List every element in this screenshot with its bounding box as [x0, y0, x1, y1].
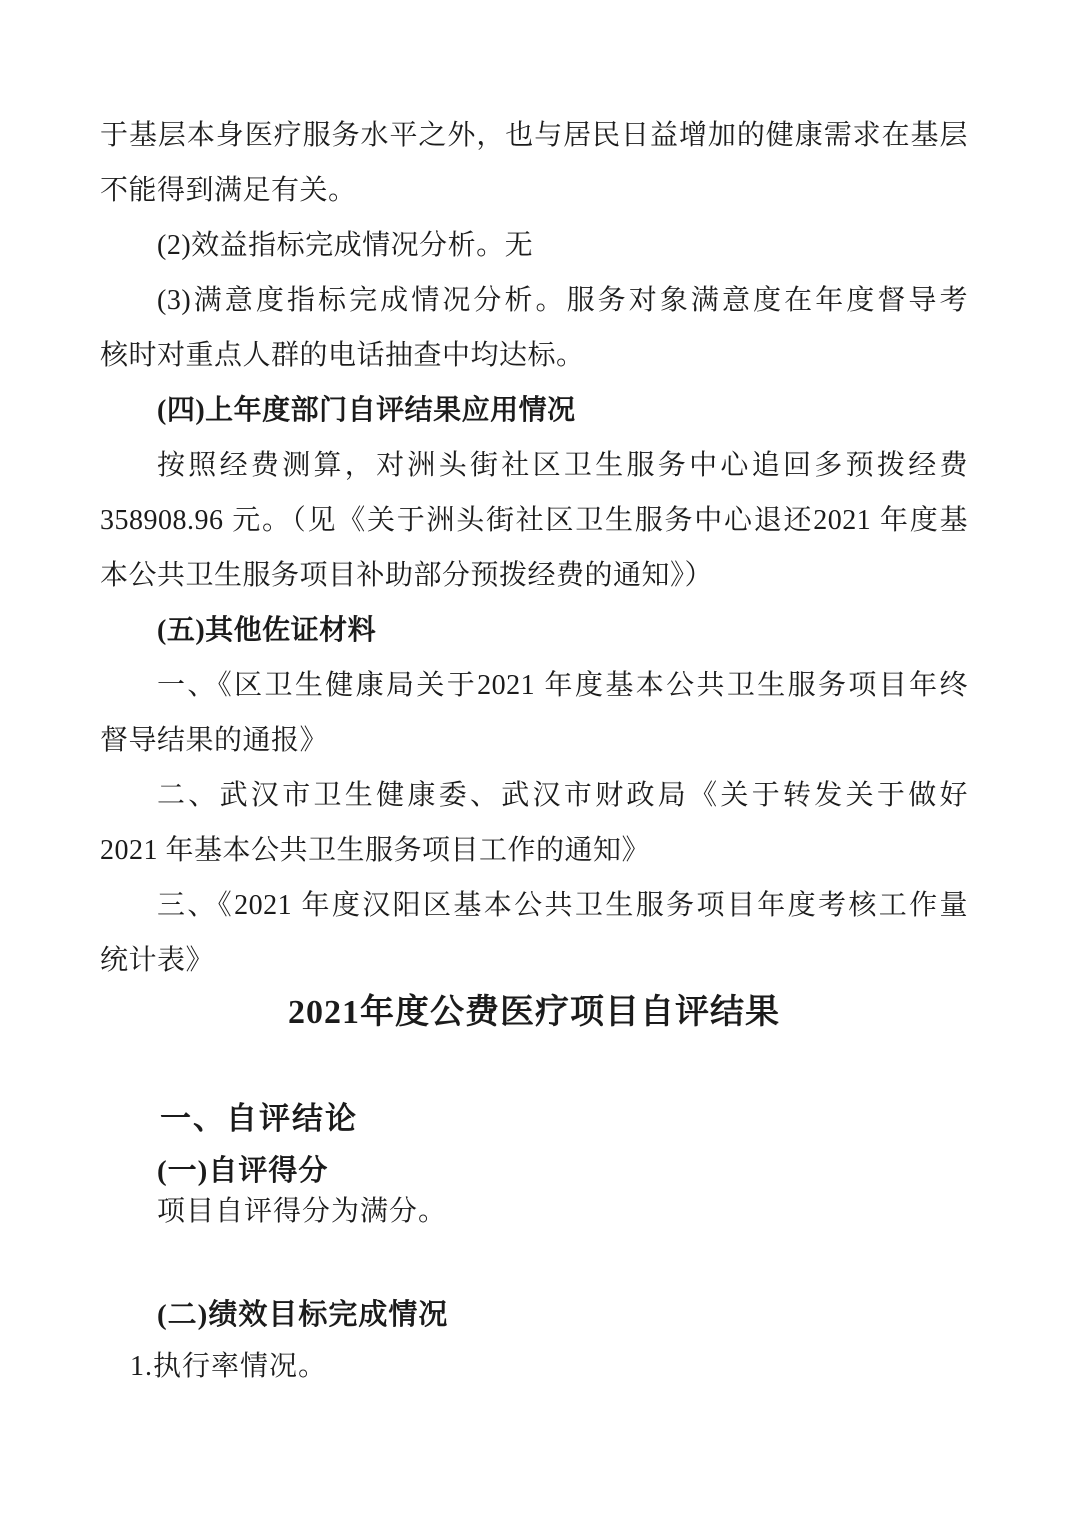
subsection-body-1: 项目自评得分为满分。 — [100, 1191, 968, 1233]
body-line: 核时对重点人群的电话抽查中均达标。 — [100, 328, 968, 383]
attachment-line: 二、武汉市卫生健康委、武汉市财政局《关于转发关于做好 — [100, 768, 968, 823]
page-content: 于基层本身医疗服务水平之外，也与居民日益增加的健康需求在基层 不能得到满足有关。… — [0, 0, 1074, 1518]
attachment-line: 督导结果的通报》 — [100, 713, 968, 768]
section-heading: 一、自评结论 — [100, 1096, 968, 1141]
body-line: 于基层本身医疗服务水平之外，也与居民日益增加的健康需求在基层 — [100, 108, 968, 163]
attachment-line: 一、《区卫生健康局关于2021 年度基本公共卫生服务项目年终 — [100, 658, 968, 713]
subsection-heading-4: (四)上年度部门自评结果应用情况 — [100, 383, 968, 438]
body-line: 不能得到满足有关。 — [100, 163, 968, 218]
doc-title: 2021年度公费医疗项目自评结果 — [100, 988, 968, 1038]
subsection-heading-2: (二)绩效目标完成情况 — [100, 1293, 968, 1337]
attachment-line: 统计表》 — [100, 933, 968, 988]
body-line: 358908.96 元。（见《关于洲头街社区卫生服务中心退还2021 年度基 — [100, 493, 968, 548]
attachment-line: 三、《2021 年度汉阳区基本公共卫生服务项目年度考核工作量 — [100, 878, 968, 933]
body-line: (2)效益指标完成情况分析。无 — [100, 218, 968, 273]
body-line: (3)满意度指标完成情况分析。服务对象满意度在年度督导考 — [100, 273, 968, 328]
subsection-heading-1: (一)自评得分 — [100, 1151, 968, 1191]
subsection-body-2: 1.执行率情况。 — [100, 1345, 968, 1389]
body-line: 本公共卫生服务项目补助部分预拨经费的通知》） — [100, 548, 968, 603]
subsection-heading-5: (五)其他佐证材料 — [100, 603, 968, 658]
attachment-line: 2021 年基本公共卫生服务项目工作的通知》 — [100, 823, 968, 878]
body-line: 按照经费测算，对洲头街社区卫生服务中心追回多预拨经费 — [100, 438, 968, 493]
document-page: 于基层本身医疗服务水平之外，也与居民日益增加的健康需求在基层 不能得到满足有关。… — [0, 0, 1074, 1518]
